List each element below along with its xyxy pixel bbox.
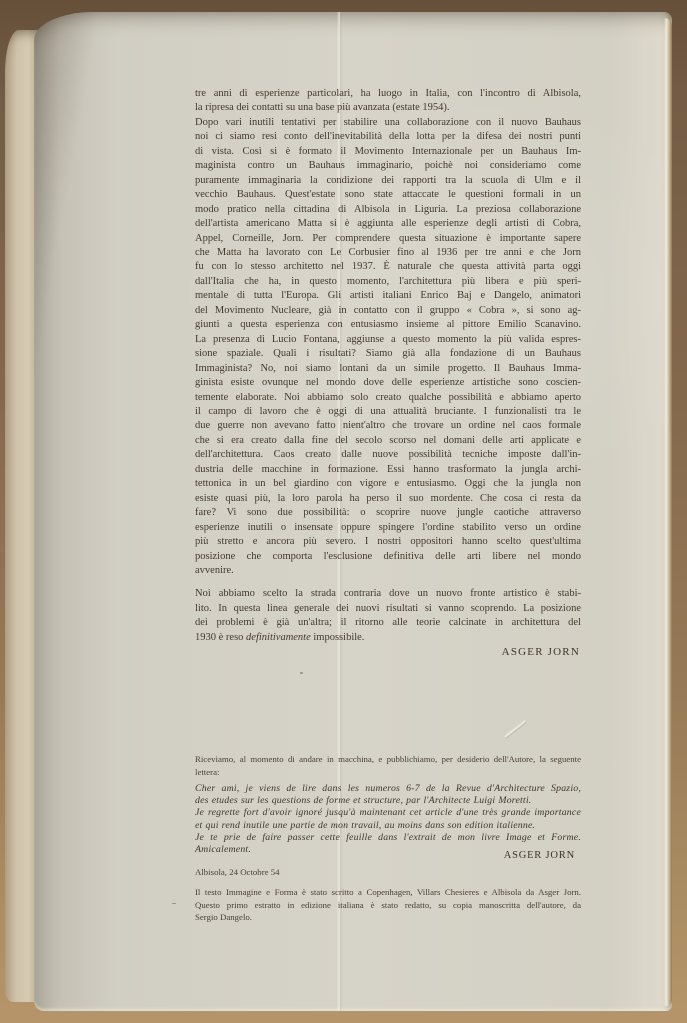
text-line: Noi abbiamo scelto la strada contraria d… bbox=[195, 587, 581, 601]
body-paragraph-2: Dopo vari inutili tentativi per stabilir… bbox=[195, 116, 581, 579]
text-line: del Movimento Nucleare, già in contatto … bbox=[195, 304, 581, 318]
text-line: vecchio Bauhaus. Quest'estate sono state… bbox=[195, 188, 581, 202]
text-line: lettera: bbox=[195, 766, 581, 780]
letter-author-signature: ASGER JORN bbox=[195, 850, 581, 862]
text-line: dei problemi è già un'altra; il ritorno … bbox=[195, 616, 581, 630]
text-line: dell'artista americano Matta si è aggiun… bbox=[195, 217, 581, 231]
text-line: Dopo vari inutili tentativi per stabilir… bbox=[195, 116, 581, 130]
text-line: esperienze inutili o insensate oppure sp… bbox=[195, 521, 581, 535]
body-paragraph-1: tre anni di esperienze particolari, ha l… bbox=[195, 87, 581, 116]
text-line: modo pratico nella cittadina di Albisola… bbox=[195, 203, 581, 217]
text-line: di vista. Così si è formato il Movimento… bbox=[195, 145, 581, 159]
text-line: et qui rend inutile une partie de mon tr… bbox=[195, 820, 581, 832]
text-line: Questo primo estratto in edizione italia… bbox=[195, 899, 581, 911]
text-line: La presenza di Lucio Fontana, aggiunse a… bbox=[195, 333, 581, 347]
text-line: dell'architettura. Caos creato dalle nuo… bbox=[195, 448, 581, 462]
text-line: Il testo Immagine e Forma è stato scritt… bbox=[195, 886, 581, 898]
text-line: temente elaborate. Noi abbiamo solo crea… bbox=[195, 391, 581, 405]
photo-of-open-book-page: { "article": { "paragraphs": [ { "lines"… bbox=[0, 0, 687, 1023]
text-line: tre anni di esperienze particolari, ha l… bbox=[195, 87, 581, 101]
text-line: Je te prie de faire passer cette feuille… bbox=[195, 832, 581, 844]
text-line: esiste quasi più, la loro parola ha pers… bbox=[195, 492, 581, 506]
text-line: sione spaziale. Quali i risultati? Siamo… bbox=[195, 347, 581, 361]
text-line: che Matta ha lavorato con Le Corbusier f… bbox=[195, 246, 581, 260]
text-line: ginista esiste ovunque nel mondo dove de… bbox=[195, 376, 581, 390]
text-line: puramente immaginaria la condizione dei … bbox=[195, 174, 581, 188]
page-right-edge bbox=[664, 18, 672, 1006]
text-line: des etudes sur les questions de forme et… bbox=[195, 795, 581, 807]
text-line: giunti a questa esperienza con entusiasm… bbox=[195, 318, 581, 332]
editor-note: Riceviamo, al momento di andare in macch… bbox=[195, 753, 581, 780]
text-line: dustria delle macchine in formazione. Es… bbox=[195, 463, 581, 477]
text-line: noi ci siamo resi conto dell'inevitabili… bbox=[195, 130, 581, 144]
letter-paragraph-2: Je regrette fort d'avoir ignoré jusqu'à … bbox=[195, 807, 581, 832]
text-line: che si era creato dalla fine del secolo … bbox=[195, 434, 581, 448]
text-line: Immaginista? No, noi siamo lontani da un… bbox=[195, 362, 581, 376]
letter-paragraph-1: Cher ami, je viens de lire dans les nume… bbox=[195, 783, 581, 808]
text-line: la ripresa dei contatti su una base più … bbox=[195, 101, 581, 115]
body-paragraph-3: Noi abbiamo scelto la strada contraria d… bbox=[195, 587, 581, 645]
text-line: 1930 è reso definitivamente impossibile. bbox=[195, 631, 581, 645]
text-line: fare? Vi sono due possibilità: o scoprir… bbox=[195, 506, 581, 520]
text-line: fu con lo stesso architetto nel 1937. È … bbox=[195, 260, 581, 274]
text-line: lito. In questa linea generale dei nuovi… bbox=[195, 602, 581, 616]
text-line: due guerre non avevano fatto nient'altro… bbox=[195, 419, 581, 433]
wood-table-background: tre anni di esperienze particolari, ha l… bbox=[0, 0, 687, 1023]
article-author-signature: ASGER JORN bbox=[195, 645, 581, 659]
emphasized-word: definitivamente bbox=[246, 632, 311, 643]
text-line: più stretto e ancora più severo. I nostr… bbox=[195, 535, 581, 549]
article-text-column: tre anni di esperienze particolari, ha l… bbox=[195, 87, 581, 924]
book-page: tre anni di esperienze particolari, ha l… bbox=[34, 12, 672, 1011]
text-line: Riceviamo, al momento di andare in macch… bbox=[195, 753, 581, 767]
text-line: tettonica in un bel giardino con vigore … bbox=[195, 477, 581, 491]
letter-dateline: Albisola, 24 Octobre 54 bbox=[195, 866, 581, 878]
text-line: Appel, Corneille, Jorn. Per comprendere … bbox=[195, 232, 581, 246]
letter-body: Cher ami, je viens de lire dans les nume… bbox=[195, 783, 581, 857]
text-line: mentale di tutta l'Europa. Gli artisti i… bbox=[195, 289, 581, 303]
text-line: Sergio Dangelo. bbox=[195, 911, 581, 923]
text-line: il campo di lavoro che è oggi di una att… bbox=[195, 405, 581, 419]
text-line: avvenire. bbox=[195, 564, 581, 578]
paper-speck bbox=[172, 903, 176, 904]
text-line: maginista contro un Bauhaus immaginario,… bbox=[195, 159, 581, 173]
text-line: dall'Italia che ha, in questo momento, l… bbox=[195, 275, 581, 289]
text-line: Cher ami, je viens de lire dans les nume… bbox=[195, 783, 581, 795]
text-line: posizione che comporta l'esclusione defi… bbox=[195, 550, 581, 564]
colophon-note: Il testo Immagine e Forma è stato scritt… bbox=[195, 886, 581, 923]
text-line: Je regrette fort d'avoir ignoré jusqu'à … bbox=[195, 807, 581, 819]
